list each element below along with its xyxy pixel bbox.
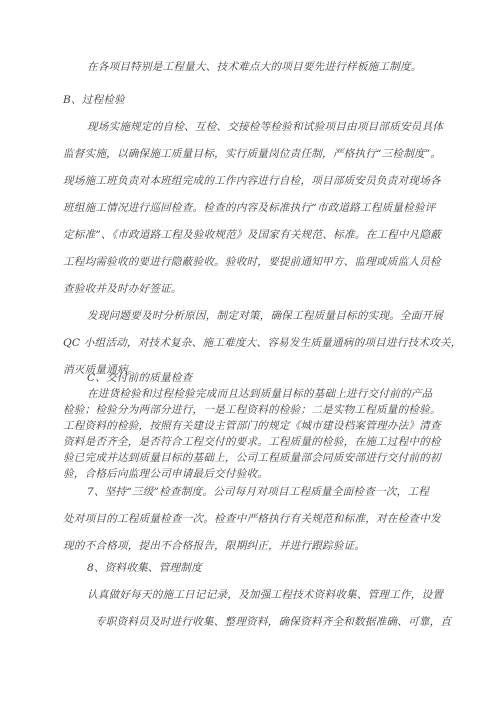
paragraph-line: 认真做好每天的施工日记记录，及加强工程技术资料收集、管理工作，设置 xyxy=(63,582,439,609)
paragraph-line: 验已完成并达到质量目标的基础上，公司工程质量部会同质安部进行交付前的初 xyxy=(63,450,439,466)
paragraph-line: 查验收并及时办好签证。 xyxy=(63,276,439,303)
paragraph-line: QC 小组活动，对技术复杂、施工难度大、容易发生质量通病的项目进行技术攻关， xyxy=(63,330,439,357)
document-page: 在各项目特别是工程量大、技术难点大的项目要先进行样板施工制度。 B、过程检验 现… xyxy=(0,0,496,701)
paragraph-7-three-level-inspection: 7、坚持“三级”检查制度。公司每月对项目工程质量全面检查一次，工程 处对项目的工… xyxy=(63,479,439,560)
paragraph-line: 在各项目特别是工程量大、技术难点大的项目要先进行样板施工制度。 xyxy=(63,54,439,81)
paragraph-sample-construction: 在各项目特别是工程量大、技术难点大的项目要先进行样板施工制度。 xyxy=(63,54,439,81)
document-text-area: 在各项目特别是工程量大、技术难点大的项目要先进行样板施工制度。 B、过程检验 现… xyxy=(63,54,439,636)
paragraph-line: 监督实施，以确保施工质量目标，实行质量岗位责任制，严格执行“三检制度”。 xyxy=(63,141,439,168)
paragraph-line: 现场实施规定的自检、互检、交接检等检验和试验项目由项目部质安员具体 xyxy=(63,114,439,141)
section-heading-b-process-inspection: B、过程检验 xyxy=(63,87,439,114)
paragraph-line: 工程资料的检验，按照有关建设主管部门的规定《城市建设档案管理办法》清查 xyxy=(63,418,439,434)
paragraph-line: 发现问题要及时分析原因，制定对策，确保工程质量目标的实现。全面开展 xyxy=(63,303,439,330)
section-heading: C、交付前的质量检查 xyxy=(63,370,439,386)
paragraph-line: 资料是否齐全，是否符合工程交付的要求。工程质量的检验，在施工过程中的检 xyxy=(63,434,439,450)
paragraph-line: 处对项目的工程质量检查一次。检查中严格执行有关规范和标准，对在检查中发 xyxy=(63,506,439,533)
paragraph-line: 7、坚持“三级”检查制度。公司每月对项目工程质量全面检查一次，工程 xyxy=(63,479,439,506)
paragraph-line: 现场施工班负责对本班组完成的工作内容进行自检，项目部质安员负责对现场各 xyxy=(63,168,439,195)
paragraph-line: 班组施工情况进行巡回检查。检查的内容及标准执行“市政道路工程质量检验评 xyxy=(63,195,439,222)
paragraph-line: 专职资料员及时进行收集、整理资料，确保资料齐全和数据准确、可靠，直 xyxy=(63,609,439,636)
paragraph-line: 定标准”、《市政道路工程及验收规范》及国家有关规范、标准。在工程中凡隐蔽 xyxy=(63,222,439,249)
section-heading: B、过程检验 xyxy=(63,87,439,114)
paragraph-line: 在进货检验和过程检验完成而且达到质量目标的基础上进行交付前的产品 xyxy=(63,386,439,402)
paragraph-process-inspection: 现场实施规定的自检、互检、交接检等检验和试验项目由项目部质安员具体 监督实施，以… xyxy=(63,114,439,303)
paragraph-data-collection: 认真做好每天的施工日记记录，及加强工程技术资料收集、管理工作，设置 专职资料员及… xyxy=(63,582,439,636)
section-c-pre-delivery-inspection: C、交付前的质量检查 在进货检验和过程检验完成而且达到质量目标的基础上进行交付前… xyxy=(63,370,439,482)
paragraph-line: 工程均需验收的要进行隐蔽验收。验收时，要提前通知甲方、监理或质监人员检 xyxy=(63,249,439,276)
paragraph-line: 检验；检验分为两部分进行，一是工程资料的检验；二是实物工程质量的检验。 xyxy=(63,402,439,418)
